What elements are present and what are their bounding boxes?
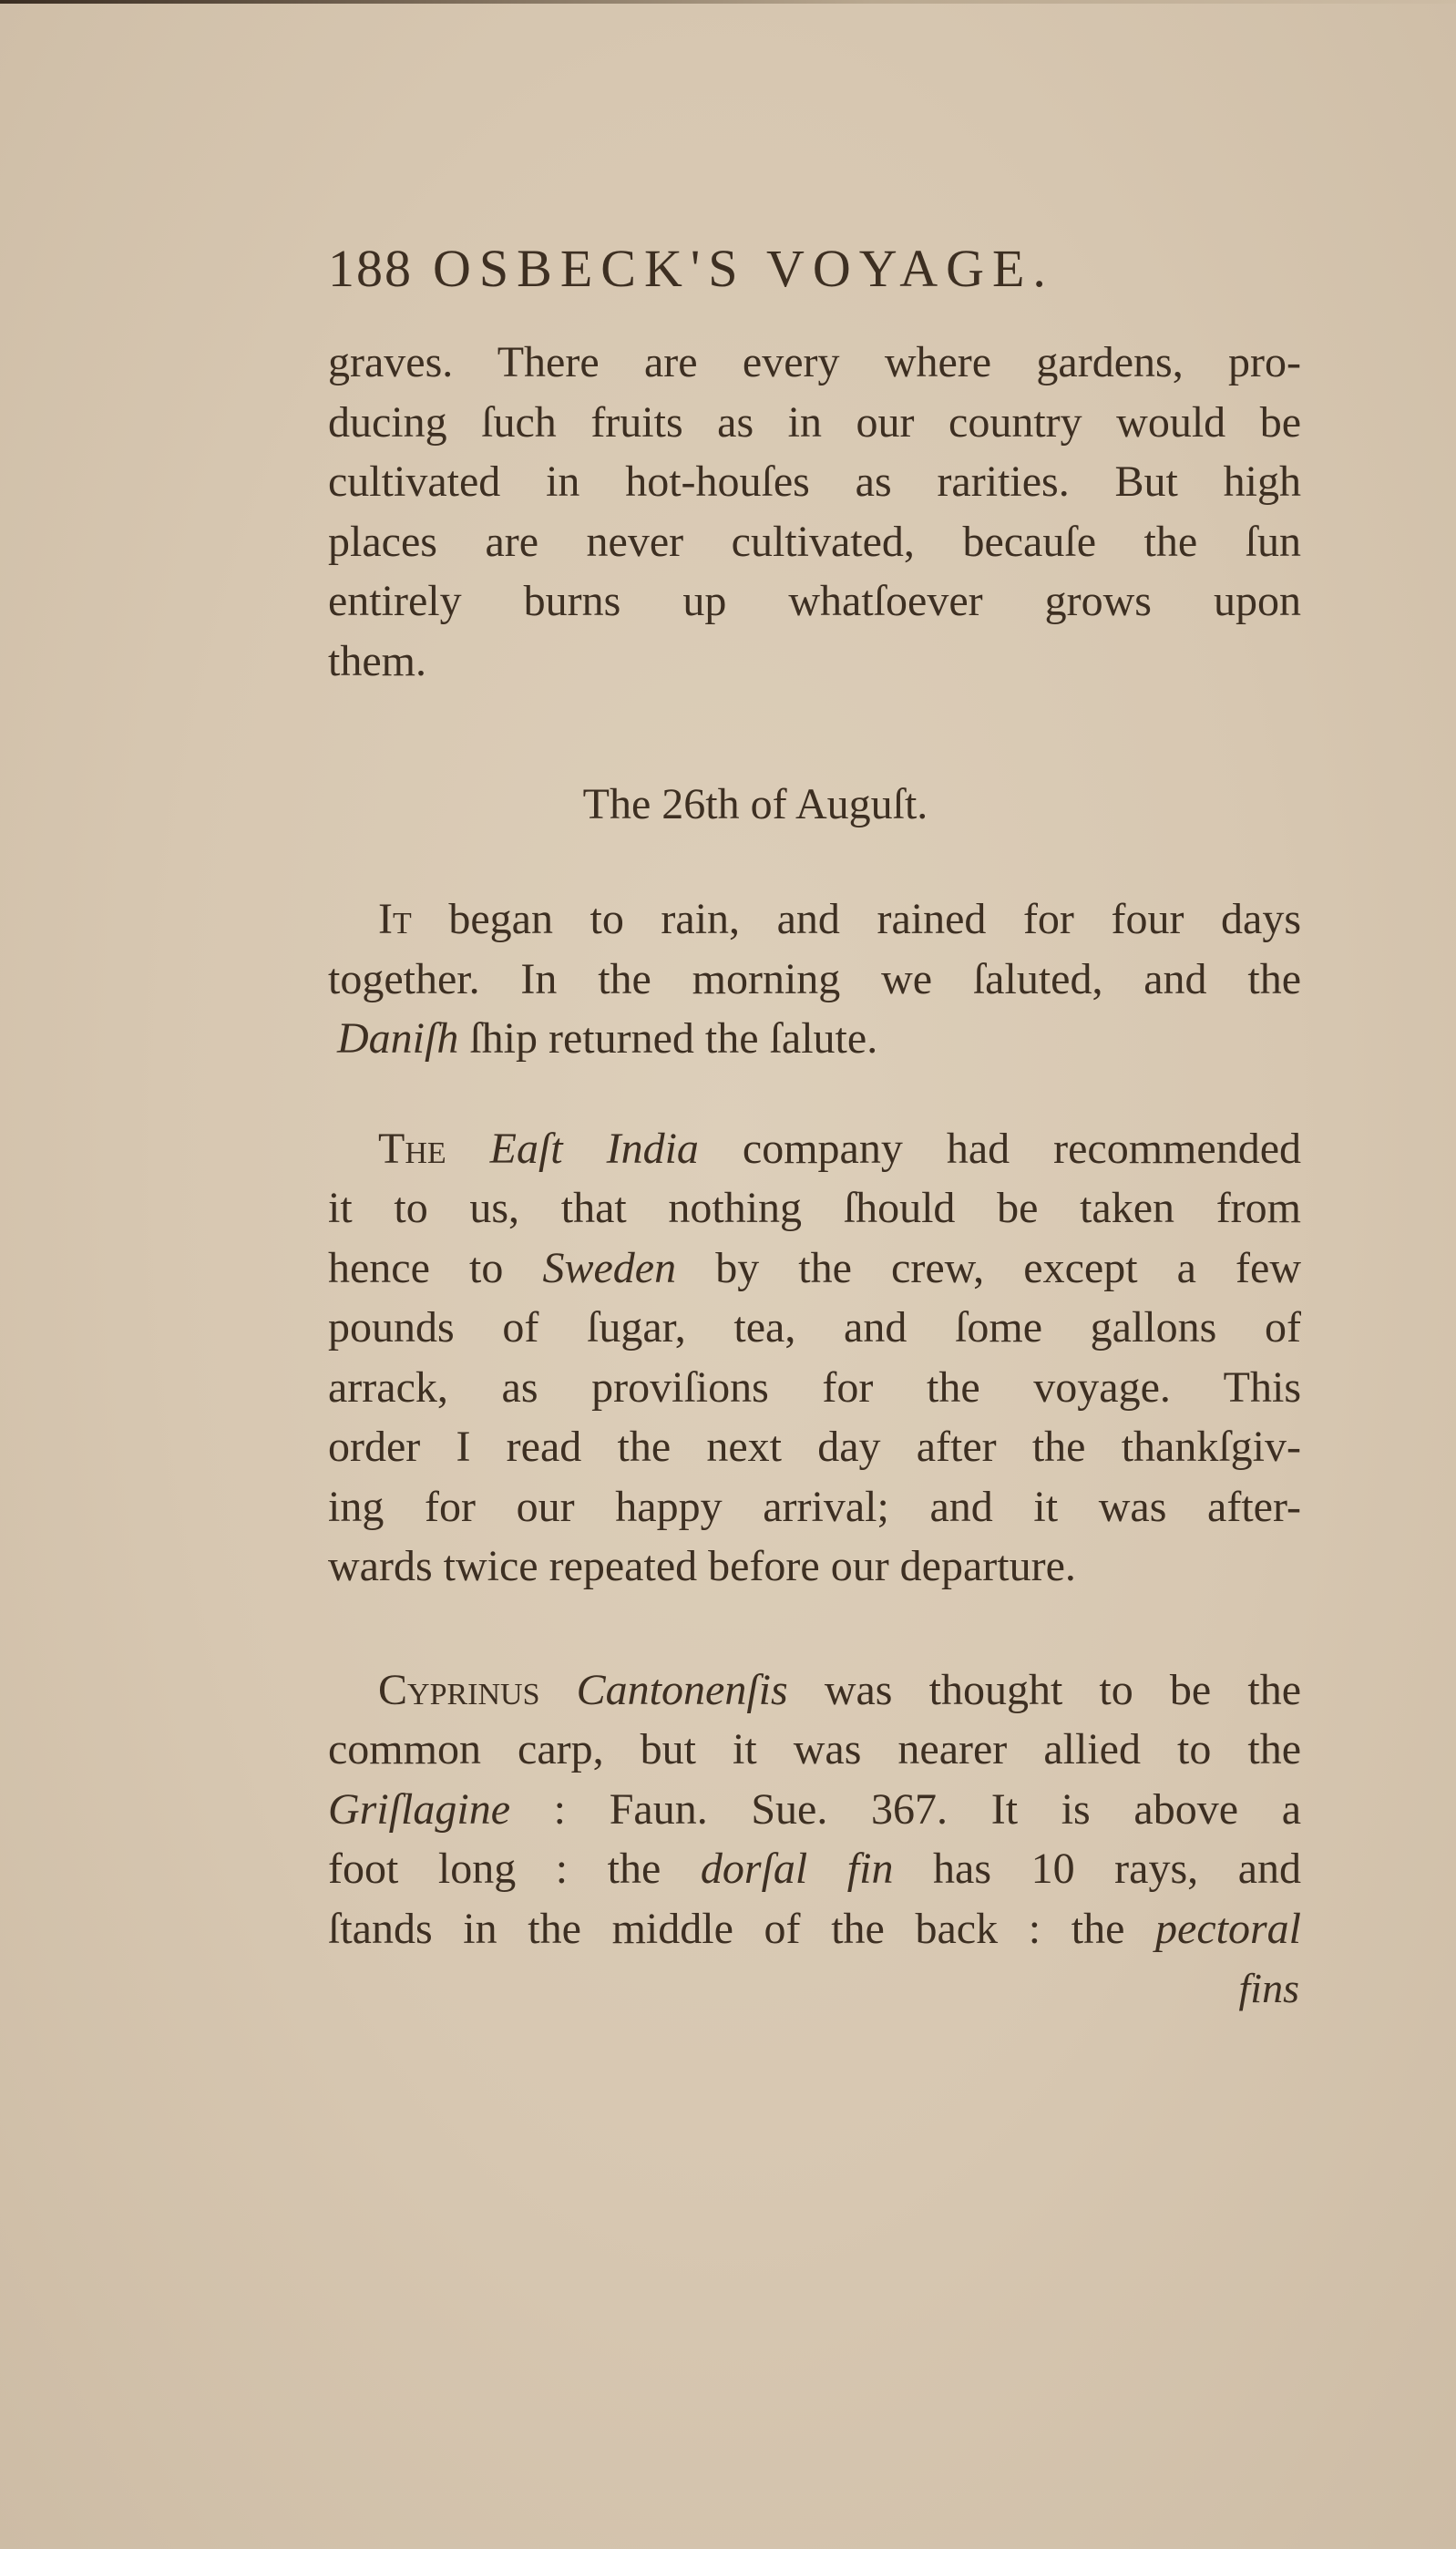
text-line: ſtands in the middle of the back : the p… xyxy=(328,1899,1301,1959)
text-line: it to us, that nothing ſhould be taken f… xyxy=(328,1178,1301,1239)
catchword: fins xyxy=(328,1958,1301,2019)
text-line: Cyprinus Cantonenſis was thought to be t… xyxy=(328,1660,1301,1721)
page-number: 188 xyxy=(328,239,413,298)
text-span: ſtands in the middle of the back : the xyxy=(328,1905,1155,1953)
lead-caps: It xyxy=(378,895,412,943)
text-span: ſhip returned the ſalute. xyxy=(458,1014,877,1063)
italic-span: Cantonenſis xyxy=(577,1666,788,1714)
text-line: ing for our happy arrival; and it was af… xyxy=(328,1477,1301,1537)
text-line: It began to rain, and rained for four da… xyxy=(328,889,1301,950)
text-line: cultivated in hot-houſes as rarities. Bu… xyxy=(328,452,1301,512)
text-span: has 10 rays, and xyxy=(893,1845,1301,1893)
text-span: began to rain, and rained for four days xyxy=(412,895,1301,943)
text-line: arrack, as proviſions for the voyage. Th… xyxy=(328,1358,1301,1418)
text-line: pounds of ſugar, tea, and ſome gallons o… xyxy=(328,1298,1301,1358)
text-span: : Faun. Sue. 367. It is above a xyxy=(510,1785,1301,1834)
text-line: hence to Sweden by the crew, except a fe… xyxy=(328,1239,1301,1299)
text-span: company had recommended xyxy=(699,1125,1301,1173)
text-span: was thought to be the xyxy=(788,1666,1301,1714)
text-line: wards twice repeated before our departur… xyxy=(328,1537,1301,1597)
italic-span: dorſal fin xyxy=(701,1845,894,1893)
text-line: common carp, but it was nearer allied to… xyxy=(328,1720,1301,1780)
text-line: The Eaſt India company had recommended xyxy=(328,1119,1301,1179)
text-line: entirely burns up whatſoever grows upon xyxy=(328,571,1301,632)
text-span: foot long : the xyxy=(328,1845,701,1893)
paragraph-gap xyxy=(328,1597,1301,1660)
text-line: Daniſh ſhip returned the ſalute. xyxy=(328,1009,1301,1069)
paragraph-2: It began to rain, and rained for four da… xyxy=(328,889,1301,1069)
paragraph-gap xyxy=(328,1069,1301,1119)
text-line: graves. There are every where gardens, p… xyxy=(328,333,1301,393)
italic-span: pectoral xyxy=(1155,1905,1301,1953)
lead-caps: Cyprinus xyxy=(378,1666,540,1714)
italic-span: Eaſt India xyxy=(490,1125,699,1173)
paragraph-1: graves. There are every where gardens, p… xyxy=(328,333,1301,691)
text-line: order I read the next day after the than… xyxy=(328,1417,1301,1477)
paragraph-3: The Eaſt India company had recommended i… xyxy=(328,1119,1301,1597)
text-line: Griſlagine : Faun. Sue. 367. It is above… xyxy=(328,1780,1301,1840)
running-title: OSBECK'S VOYAGE. xyxy=(433,239,1054,298)
italic-span: Daniſh xyxy=(337,1014,458,1063)
italic-span: Sweden xyxy=(542,1244,676,1292)
text-line: foot long : the dorſal fin has 10 rays, … xyxy=(328,1839,1301,1899)
paragraph-4: Cyprinus Cantonenſis was thought to be t… xyxy=(328,1660,1301,1959)
text-line: ducing ſuch fruits as in our country wou… xyxy=(328,393,1301,453)
date-heading: The 26th of Auguſt. xyxy=(328,775,1301,835)
text-line: places are never cultivated, becauſe the… xyxy=(328,512,1301,572)
italic-span: Griſlagine xyxy=(328,1785,510,1834)
lead-caps: The xyxy=(378,1125,446,1173)
text-line: together. In the morning we ſaluted, and… xyxy=(328,950,1301,1010)
text-line: them. xyxy=(328,632,1301,692)
book-page: 188OSBECK'S VOYAGE. graves. There are ev… xyxy=(328,232,1301,2019)
running-head: 188OSBECK'S VOYAGE. xyxy=(328,232,1301,305)
text-span: hence to xyxy=(328,1244,542,1292)
text-span: by the crew, except a few xyxy=(676,1244,1301,1292)
page-top-edge-shadow xyxy=(0,0,1456,4)
